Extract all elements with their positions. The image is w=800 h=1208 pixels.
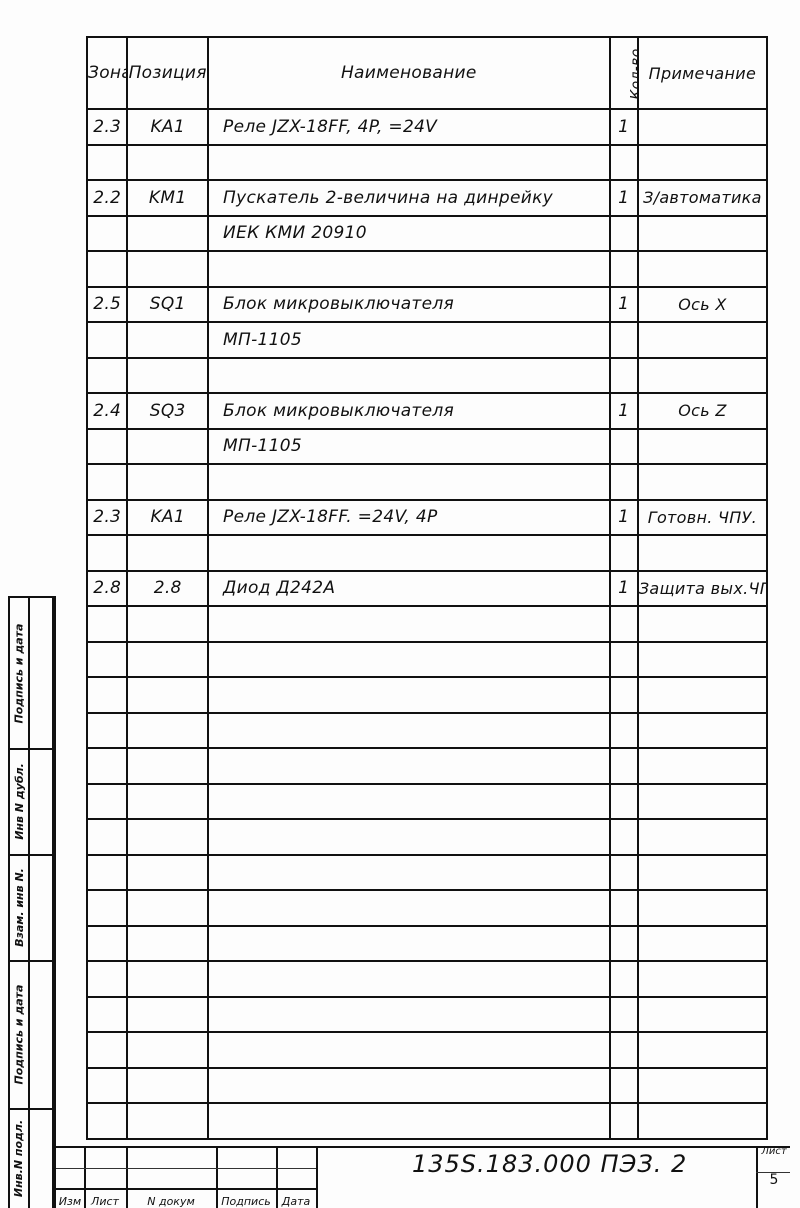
cell-position bbox=[127, 890, 208, 926]
cell-name bbox=[208, 145, 610, 181]
table-row bbox=[87, 997, 767, 1033]
cell-position bbox=[127, 145, 208, 181]
cell-note bbox=[638, 713, 767, 749]
cell-position: SQ1 bbox=[127, 287, 208, 323]
cell-zone: 2.3 bbox=[87, 109, 127, 145]
sheet-number: 5 bbox=[758, 1172, 790, 1188]
document-code: 135S.183.000 ПЭЗ. 2 bbox=[412, 1150, 687, 1178]
cell-zone bbox=[87, 1068, 127, 1104]
cell-note bbox=[638, 997, 767, 1033]
margin-label-text: Взам. инв N. bbox=[13, 868, 26, 947]
cell-note bbox=[638, 145, 767, 181]
cell-qty bbox=[610, 145, 638, 181]
cell-name: МП-1105 bbox=[208, 322, 610, 358]
margin-label: Взам. инв N. bbox=[10, 854, 28, 960]
cell-note bbox=[638, 109, 767, 145]
header-position: Позиция bbox=[127, 37, 208, 109]
table-row: 2.5SQ1Блок микровыключателя1Ось X bbox=[87, 287, 767, 323]
cell-qty bbox=[610, 216, 638, 252]
cell-position bbox=[127, 997, 208, 1033]
table-row bbox=[87, 535, 767, 571]
cell-qty bbox=[610, 784, 638, 820]
cell-note: Защита вых.ЧПУ bbox=[638, 571, 767, 607]
cell-name bbox=[208, 1103, 610, 1139]
cell-zone bbox=[87, 322, 127, 358]
table-row bbox=[87, 642, 767, 678]
cell-note bbox=[638, 1068, 767, 1104]
cell-zone bbox=[87, 961, 127, 997]
cell-note bbox=[638, 358, 767, 394]
cell-note bbox=[638, 890, 767, 926]
cell-position bbox=[127, 961, 208, 997]
cell-qty bbox=[610, 890, 638, 926]
cell-note bbox=[638, 216, 767, 252]
table-row: МП-1105 bbox=[87, 322, 767, 358]
cell-zone bbox=[87, 464, 127, 500]
cell-position bbox=[127, 819, 208, 855]
cell-qty bbox=[610, 748, 638, 784]
cell-zone bbox=[87, 358, 127, 394]
table-body: 2.3KA1Реле JZX-18FF, 4P, =24V12.2KM1Пуск… bbox=[87, 109, 767, 1139]
margin-stamp: Подпись и дата Инв N дубл. Взам. инв N. … bbox=[8, 596, 56, 1208]
cell-name bbox=[208, 855, 610, 891]
cell-position: SQ3 bbox=[127, 393, 208, 429]
cell-position bbox=[127, 216, 208, 252]
table-header-row: Зона Позиция Наименование Кол-во Примеча… bbox=[87, 37, 767, 109]
cell-name bbox=[208, 606, 610, 642]
table-row bbox=[87, 926, 767, 962]
cell-qty bbox=[610, 926, 638, 962]
cell-position bbox=[127, 251, 208, 287]
cell-note bbox=[638, 429, 767, 465]
cell-note bbox=[638, 642, 767, 678]
cell-qty: 1 bbox=[610, 109, 638, 145]
table-row: 2.3KA1Реле JZX-18FF, 4P, =24V1 bbox=[87, 109, 767, 145]
table-row bbox=[87, 1068, 767, 1104]
cell-note: З/автоматика bbox=[638, 180, 767, 216]
cell-zone bbox=[87, 251, 127, 287]
cell-position bbox=[127, 606, 208, 642]
cell-qty: 1 bbox=[610, 287, 638, 323]
cell-position bbox=[127, 677, 208, 713]
cell-position bbox=[127, 926, 208, 962]
cell-note bbox=[638, 784, 767, 820]
cell-position bbox=[127, 1068, 208, 1104]
cell-position: KA1 bbox=[127, 500, 208, 536]
cell-qty bbox=[610, 606, 638, 642]
cell-zone bbox=[87, 677, 127, 713]
cell-zone bbox=[87, 997, 127, 1033]
cell-zone bbox=[87, 642, 127, 678]
cell-position bbox=[127, 713, 208, 749]
cell-name bbox=[208, 464, 610, 500]
margin-divider bbox=[28, 598, 30, 1208]
cell-qty bbox=[610, 464, 638, 500]
cell-qty bbox=[610, 713, 638, 749]
table-row bbox=[87, 748, 767, 784]
cell-name bbox=[208, 961, 610, 997]
table-row bbox=[87, 145, 767, 181]
cell-note bbox=[638, 1103, 767, 1139]
table-row bbox=[87, 784, 767, 820]
cell-zone bbox=[87, 713, 127, 749]
margin-label: Подпись и дата bbox=[10, 960, 28, 1108]
cell-name bbox=[208, 713, 610, 749]
cell-note bbox=[638, 1032, 767, 1068]
cell-zone bbox=[87, 1032, 127, 1068]
cell-qty: 1 bbox=[610, 571, 638, 607]
cell-name bbox=[208, 926, 610, 962]
cell-qty: 1 bbox=[610, 180, 638, 216]
cell-name bbox=[208, 358, 610, 394]
cell-name bbox=[208, 251, 610, 287]
cell-qty bbox=[610, 1032, 638, 1068]
specification-table: Зона Позиция Наименование Кол-во Примеча… bbox=[86, 36, 768, 1140]
cell-position bbox=[127, 535, 208, 571]
cell-note bbox=[638, 464, 767, 500]
cell-qty bbox=[610, 1103, 638, 1139]
cell-qty bbox=[610, 677, 638, 713]
caption-change: Изм bbox=[56, 1195, 84, 1208]
margin-label-text: Подпись и дата bbox=[13, 984, 26, 1084]
frame-border-left bbox=[52, 596, 54, 1208]
cell-name: ИЕК КМИ 20910 bbox=[208, 216, 610, 252]
title-block-line bbox=[56, 1188, 316, 1190]
header-note: Примечание bbox=[638, 37, 767, 109]
cell-zone bbox=[87, 819, 127, 855]
table-row: ИЕК КМИ 20910 bbox=[87, 216, 767, 252]
cell-note bbox=[638, 961, 767, 997]
cell-name: Реле JZX-18FF, 4P, =24V bbox=[208, 109, 610, 145]
cell-note: Готовн. ЧПУ. bbox=[638, 500, 767, 536]
cell-name: Реле JZX-18FF. =24V, 4P bbox=[208, 500, 610, 536]
caption-sheet: Лист bbox=[84, 1195, 126, 1208]
margin-label-text: Подпись и дата bbox=[13, 623, 26, 723]
cell-zone bbox=[87, 429, 127, 465]
cell-note bbox=[638, 926, 767, 962]
title-block-line bbox=[56, 1168, 316, 1169]
table-row: 2.3KA1Реле JZX-18FF. =24V, 4P1Готовн. ЧП… bbox=[87, 500, 767, 536]
cell-qty bbox=[610, 535, 638, 571]
cell-note bbox=[638, 535, 767, 571]
cell-qty bbox=[610, 358, 638, 394]
cell-note bbox=[638, 322, 767, 358]
cell-note bbox=[638, 855, 767, 891]
margin-label: Инв N дубл. bbox=[10, 748, 28, 854]
cell-name: Блок микровыключателя bbox=[208, 287, 610, 323]
margin-label: Подпись и дата bbox=[10, 598, 28, 748]
cell-zone: 2.5 bbox=[87, 287, 127, 323]
cell-zone bbox=[87, 748, 127, 784]
caption-doc-number: N докум bbox=[126, 1195, 216, 1208]
cell-zone: 2.8 bbox=[87, 571, 127, 607]
cell-qty bbox=[610, 322, 638, 358]
cell-note bbox=[638, 251, 767, 287]
table-row bbox=[87, 1103, 767, 1139]
cell-qty bbox=[610, 961, 638, 997]
cell-zone bbox=[87, 216, 127, 252]
table-row bbox=[87, 677, 767, 713]
cell-position bbox=[127, 358, 208, 394]
cell-zone: 2.2 bbox=[87, 180, 127, 216]
cell-note bbox=[638, 819, 767, 855]
cell-name bbox=[208, 784, 610, 820]
cell-position bbox=[127, 322, 208, 358]
cell-qty bbox=[610, 1068, 638, 1104]
cell-qty bbox=[610, 997, 638, 1033]
table-row: МП-1105 bbox=[87, 429, 767, 465]
cell-zone: 2.3 bbox=[87, 500, 127, 536]
title-block-divider bbox=[316, 1148, 318, 1208]
table-row bbox=[87, 855, 767, 891]
cell-note: Ось X bbox=[638, 287, 767, 323]
cell-note bbox=[638, 677, 767, 713]
cell-zone bbox=[87, 890, 127, 926]
header-zone: Зона bbox=[87, 37, 127, 109]
table-row: 2.82.8Диод Д242А1Защита вых.ЧПУ bbox=[87, 571, 767, 607]
table-row bbox=[87, 890, 767, 926]
cell-zone bbox=[87, 784, 127, 820]
cell-position bbox=[127, 1103, 208, 1139]
cell-qty bbox=[610, 429, 638, 465]
cell-name bbox=[208, 1032, 610, 1068]
cell-zone: 2.4 bbox=[87, 393, 127, 429]
cell-qty bbox=[610, 819, 638, 855]
caption-date: Дата bbox=[276, 1195, 316, 1208]
cell-qty: 1 bbox=[610, 500, 638, 536]
cell-position: 2.8 bbox=[127, 571, 208, 607]
cell-name bbox=[208, 677, 610, 713]
cell-name bbox=[208, 997, 610, 1033]
cell-name bbox=[208, 535, 610, 571]
margin-label: Инв.N подл. bbox=[10, 1108, 28, 1208]
cell-name: Блок микровыключателя bbox=[208, 393, 610, 429]
cell-name bbox=[208, 890, 610, 926]
document-sheet: Зона Позиция Наименование Кол-во Примеча… bbox=[0, 0, 800, 1208]
cell-zone bbox=[87, 926, 127, 962]
cell-position: KM1 bbox=[127, 180, 208, 216]
margin-label-text: Инв N дубл. bbox=[13, 763, 26, 840]
cell-note bbox=[638, 606, 767, 642]
cell-zone bbox=[87, 535, 127, 571]
table-row bbox=[87, 464, 767, 500]
table-row: 2.2KM1Пускатель 2-величина на динрейку1З… bbox=[87, 180, 767, 216]
cell-note bbox=[638, 748, 767, 784]
cell-qty bbox=[610, 642, 638, 678]
table-row bbox=[87, 251, 767, 287]
cell-name bbox=[208, 819, 610, 855]
cell-position bbox=[127, 855, 208, 891]
cell-position bbox=[127, 1032, 208, 1068]
sheet-label: Лист bbox=[758, 1146, 790, 1157]
cell-position bbox=[127, 642, 208, 678]
cell-zone bbox=[87, 606, 127, 642]
cell-name: МП-1105 bbox=[208, 429, 610, 465]
table-row bbox=[87, 819, 767, 855]
table-row bbox=[87, 713, 767, 749]
cell-qty bbox=[610, 855, 638, 891]
table-row bbox=[87, 1032, 767, 1068]
table-row bbox=[87, 358, 767, 394]
header-name: Наименование bbox=[208, 37, 610, 109]
cell-note: Ось Z bbox=[638, 393, 767, 429]
margin-label-text: Инв.N подл. bbox=[13, 1119, 26, 1196]
cell-zone bbox=[87, 145, 127, 181]
cell-zone bbox=[87, 855, 127, 891]
cell-position: KA1 bbox=[127, 109, 208, 145]
cell-position bbox=[127, 464, 208, 500]
cell-position bbox=[127, 429, 208, 465]
caption-signature: Подпись bbox=[216, 1195, 276, 1208]
table-row: 2.4SQ3Блок микровыключателя1Ось Z bbox=[87, 393, 767, 429]
cell-qty: 1 bbox=[610, 393, 638, 429]
cell-name bbox=[208, 1068, 610, 1104]
header-qty-label: Кол-во bbox=[628, 48, 638, 99]
cell-qty bbox=[610, 251, 638, 287]
table-row bbox=[87, 606, 767, 642]
header-qty: Кол-во bbox=[610, 37, 638, 109]
cell-position bbox=[127, 784, 208, 820]
table-row bbox=[87, 961, 767, 997]
cell-name: Пускатель 2-величина на динрейку bbox=[208, 180, 610, 216]
cell-name bbox=[208, 748, 610, 784]
cell-position bbox=[127, 748, 208, 784]
cell-name bbox=[208, 642, 610, 678]
cell-name: Диод Д242А bbox=[208, 571, 610, 607]
cell-zone bbox=[87, 1103, 127, 1139]
